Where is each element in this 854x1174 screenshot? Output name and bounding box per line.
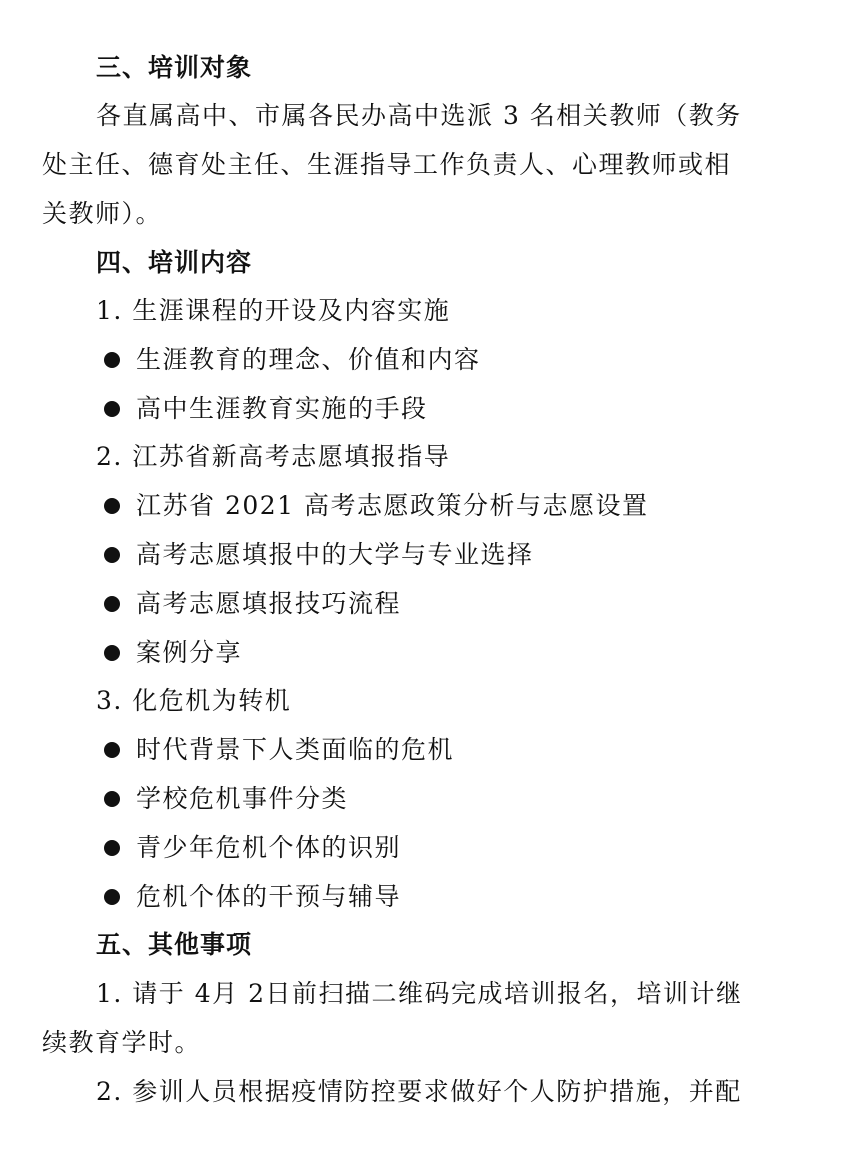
other-item-2-line-1: 2. 参训人员根据疫情防控要求做好个人防护措施，并配 bbox=[96, 1077, 742, 1107]
section-5-heading: 五、其他事项 bbox=[96, 930, 252, 960]
section-3-paragraph-line-2: 处主任、德育处主任、生涯指导工作负责人、心理教师或相 bbox=[42, 150, 731, 180]
bullet-item: 高考志愿填报中的大学与专业选择 bbox=[104, 540, 534, 570]
content-item-3-title: 3. 化危机为转机 bbox=[96, 686, 291, 716]
bullet-icon bbox=[104, 889, 120, 905]
section-4-heading: 四、培训内容 bbox=[96, 248, 252, 278]
bullet-icon bbox=[104, 401, 120, 417]
bullet-item: 高考志愿填报技巧流程 bbox=[104, 589, 401, 619]
section-3-heading: 三、培训对象 bbox=[96, 53, 252, 83]
bullet-icon bbox=[104, 352, 120, 368]
content-item-1-title: 1. 生涯课程的开设及内容实施 bbox=[96, 296, 450, 326]
other-item-1-line-1: 1. 请于 4月 2日前扫描二维码完成培训报名，培训计继 bbox=[96, 979, 743, 1009]
section-3-paragraph-line-1: 各直属高中、市属各民办高中选派 3 名相关教师（教务 bbox=[96, 101, 742, 131]
bullet-item: 学校危机事件分类 bbox=[104, 784, 348, 814]
bullet-item: 案例分享 bbox=[104, 638, 242, 668]
bullet-icon bbox=[104, 596, 120, 612]
bullet-icon bbox=[104, 498, 120, 514]
bullet-icon bbox=[104, 547, 120, 563]
bullet-icon bbox=[104, 742, 120, 758]
bullet-item: 青少年危机个体的识别 bbox=[104, 833, 401, 863]
section-3-paragraph-line-3: 关教师）。 bbox=[42, 199, 162, 229]
other-item-1-line-2: 续教育学时。 bbox=[42, 1028, 201, 1058]
bullet-icon bbox=[104, 840, 120, 856]
bullet-item: 高中生涯教育实施的手段 bbox=[104, 394, 428, 424]
bullet-icon bbox=[104, 645, 120, 661]
bullet-item: 危机个体的干预与辅导 bbox=[104, 882, 401, 912]
bullet-item: 江苏省 2021 高考志愿政策分析与志愿设置 bbox=[104, 491, 649, 521]
content-item-2-title: 2. 江苏省新高考志愿填报指导 bbox=[96, 442, 450, 472]
bullet-item: 时代背景下人类面临的危机 bbox=[104, 735, 454, 765]
bullet-item: 生涯教育的理念、价值和内容 bbox=[104, 345, 481, 375]
bullet-icon bbox=[104, 791, 120, 807]
